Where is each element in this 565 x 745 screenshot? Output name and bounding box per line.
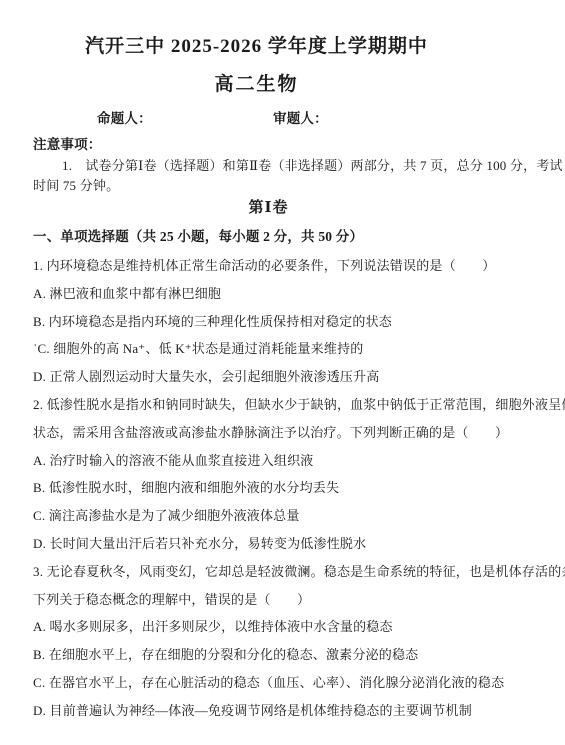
question-2-option-b: B. 低渗性脱水时，细胞内液和细胞外液的水分均丢失 [33, 480, 339, 496]
question-3-option-a: A. 喝水多则尿多，出汗多则尿少，以维持体液中水含量的稳态 [33, 619, 393, 635]
question-1-option-a: A. 淋巴液和血浆中都有淋巴细胞 [33, 286, 221, 302]
part-1-heading: 第Ⅰ卷 [0, 200, 537, 216]
question-3-stem-line-1: 3. 无论春夏秋冬，风雨变幻，它却总是轻波微澜。稳态是生命系统的特征，也是机体存… [33, 564, 565, 580]
setter-label: 命题人： [97, 111, 152, 127]
question-1-stem: 1. 内环境稳态是维持机体正常生命活动的必要条件，下列说法错误的是（ ） [33, 258, 495, 274]
question-2-stem-line-1: 2. 低渗性脱水是指水和钠同时缺失，但缺水少于缺钠，血浆中钠低于正常范围，细胞外… [33, 397, 565, 413]
question-2-stem-line-2: 状态，需采用含盐溶液或高渗盐水静脉滴注予以治疗。下列判断正确的是（ ） [33, 425, 508, 441]
question-3-option-c: C. 在器官水平上，存在心脏活动的稳态（血压、心率）、消化腺分泌消化液的稳态 [33, 675, 504, 691]
exam-title: 汽开三中 2025-2026 学年度上学期期中 [0, 35, 513, 58]
question-2-option-c: C. 滴注高渗盐水是为了减少细胞外液液体总量 [33, 508, 300, 524]
question-1-option-b: B. 内环境稳态是指内环境的三种理化性质保持相对稳定的状态 [33, 314, 392, 330]
question-2-option-a: A. 治疗时输入的溶液不能从血浆直接进入组织液 [33, 453, 314, 469]
exam-subtitle: 高二生物 [0, 73, 513, 96]
question-3-option-d: D. 目前普遍认为神经—体液—免疫调节网络是机体维持稳态的主要调节机制 [33, 703, 472, 719]
exam-paper-page: 汽开三中 2025-2026 学年度上学期期中 高二生物 命题人： 审题人： 注… [0, 0, 565, 745]
question-3-option-b: B. 在细胞水平上，存在细胞的分裂和分化的稳态、激素分泌的稳态 [33, 647, 418, 663]
notes-line-2: 时间 75 分钟。 [33, 178, 119, 194]
byline-row: 命题人： 审题人： [0, 111, 565, 131]
reviewer-label: 审题人： [273, 111, 328, 127]
question-1-option-d: D. 正常人剧烈运动时大量失水，会引起细胞外液渗透压升高 [33, 369, 380, 385]
notes-heading: 注意事项： [33, 137, 102, 153]
section-1-heading: 一、单项选择题（共 25 小题，每小题 2 分，共 50 分） [33, 229, 363, 245]
question-2-option-d: D. 长时间大量出汗后若只补充水分，易转变为低渗性脱水 [33, 536, 366, 552]
question-3-stem-line-2: 下列关于稳态概念的理解中，错误的是（ ） [33, 592, 310, 608]
notes-line-1: 1. 试卷分第Ⅰ卷（选择题）和第Ⅱ卷（非选择题）两部分，共 7 页，总分 100… [62, 158, 563, 174]
question-1-option-c: ˈC. 细胞外的高 Na⁺、低 K⁺状态是通过消耗能量来维持的 [33, 341, 363, 357]
